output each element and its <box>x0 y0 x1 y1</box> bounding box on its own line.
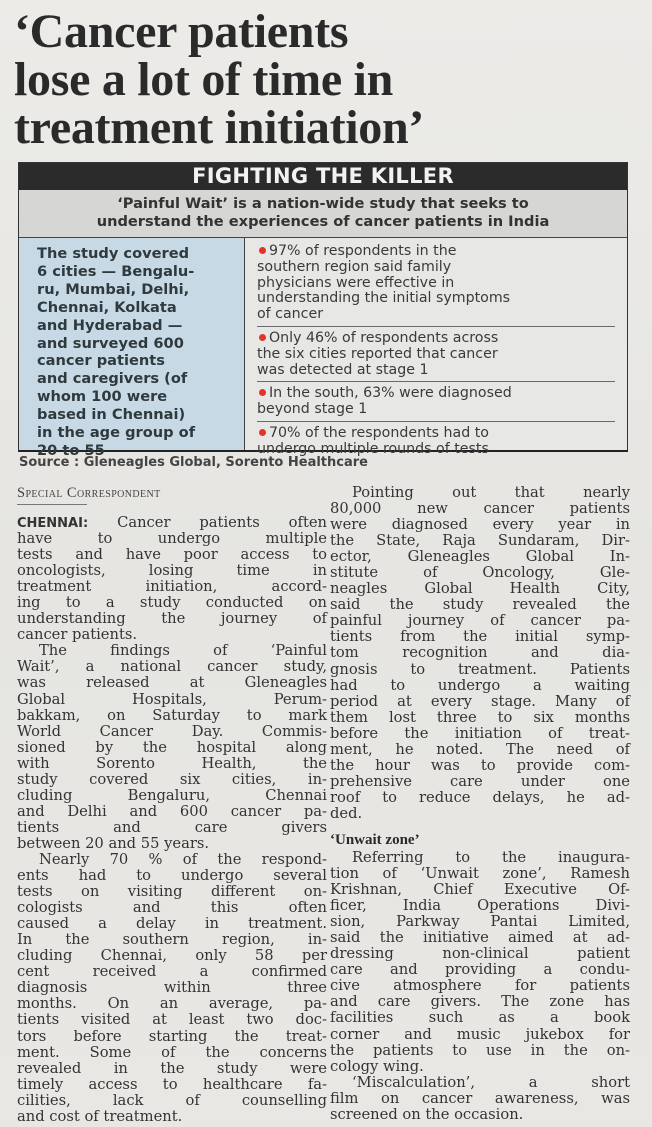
paragraph: The findings of ‘Painful Wait’, a nation… <box>17 643 327 852</box>
key-findings-list: 97% of respondents in the southern regio… <box>245 238 627 450</box>
text-line: the patients to use in the on- <box>330 1043 630 1059</box>
text-line: The findings of ‘Painful <box>17 643 327 659</box>
finding-line: the six cities reported that cancer <box>257 347 615 363</box>
summary-line: based in Chennai) <box>37 406 244 424</box>
red-bullet-icon <box>259 389 266 396</box>
text-line: roof to reduce delays, he ad- <box>330 790 630 806</box>
finding-line: physicians were effective in <box>257 276 615 292</box>
text-line: ment. Some of the concerns <box>17 1045 327 1061</box>
text-line: tients from the initial symp- <box>330 629 630 645</box>
fact-box-title: FIGHTING THE KILLER <box>19 163 627 190</box>
summary-line: in the age group of <box>37 424 244 442</box>
text-line: and care givers. The zone has <box>330 994 630 1010</box>
paragraph: Pointing out that nearly 80,000 new canc… <box>330 485 630 822</box>
text-line: cologists and this often <box>17 900 327 916</box>
text-line: ents had to undergo several <box>17 868 327 884</box>
summary-line: and surveyed 600 <box>37 335 244 353</box>
text-line: tom recognition and dia- <box>330 645 630 661</box>
text-line: were diagnosed every year in <box>330 517 630 533</box>
text-line: tests and have poor access to <box>17 547 327 563</box>
text-line: ment, he noted. The need of <box>330 742 630 758</box>
finding-line: beyond stage 1 <box>257 402 615 418</box>
finding-item: Only 46% of respondents across the six c… <box>257 327 615 382</box>
text-line: cent received a confirmed <box>17 964 327 980</box>
text-line: timely access to healthcare fa- <box>17 1077 327 1093</box>
text-line: tients visited at least two doc- <box>17 1012 327 1028</box>
summary-line: 6 cities — Bengalu- <box>37 263 244 281</box>
summary-line: cancer patients <box>37 352 244 370</box>
text-line: between 20 and 55 years. <box>17 836 327 852</box>
article-column-left: Special Correspondent CHENNAI: Cancer pa… <box>17 485 327 1125</box>
red-bullet-icon <box>259 247 266 254</box>
section-subhead: ‘Unwait zone’ <box>330 832 630 850</box>
finding-item: In the south, 63% were diagnosed beyond … <box>257 382 615 422</box>
text-line: cilities, lack of counselling <box>17 1093 327 1109</box>
text-line: facilities such as a book <box>330 1010 630 1026</box>
text-line: ector, Gleneagles Global In- <box>330 549 630 565</box>
text-line: said the initiative aimed at ad- <box>330 930 630 946</box>
headline-line: ‘Cancer patients <box>14 8 644 56</box>
red-bullet-icon <box>259 429 266 436</box>
text-line: cology wing. <box>330 1059 630 1075</box>
headline: ‘Cancer patients lose a lot of time in t… <box>14 8 644 152</box>
text-line: Cancer patients often <box>117 514 327 531</box>
text-line: sion, Parkway Pantai Limited, <box>330 914 630 930</box>
text-line: revealed in the study were <box>17 1061 327 1077</box>
text-line: before the initiation of treat- <box>330 726 630 742</box>
fact-box-body: The study covered 6 cities — Bengalu- ru… <box>19 238 627 450</box>
text-line: Referring to the inaugura- <box>330 850 630 866</box>
text-line: the State, Raja Sundaram, Dir- <box>330 533 630 549</box>
text-line: tors before starting the treat- <box>17 1029 327 1045</box>
text-line: study covered six cities, in- <box>17 772 327 788</box>
text-line: cive atmosphere for patients <box>330 978 630 994</box>
text-line: sioned by the hospital along <box>17 740 327 756</box>
text-line: was released at Gleneagles <box>17 675 327 691</box>
text-line: Pointing out that nearly <box>330 485 630 501</box>
paragraph: ‘Miscalculation’, a short film on cancer… <box>330 1075 630 1123</box>
text-line: period at every stage. Many of <box>330 694 630 710</box>
text-line: understanding the journey of <box>17 611 327 627</box>
text-line: care and providing a condu- <box>330 962 630 978</box>
text-line: and cost of treatment. <box>17 1109 327 1125</box>
text-line: ficer, India Operations Divi- <box>330 898 630 914</box>
finding-line: of cancer <box>257 307 615 323</box>
subtitle-line: ‘Painful Wait’ is a nation-wide study th… <box>19 195 627 213</box>
text-line: World Cancer Day. Commis- <box>17 724 327 740</box>
text-line: caused a delay in treatment. <box>17 916 327 932</box>
summary-line: The study covered <box>37 245 244 263</box>
text-line: ing to a study conducted on <box>17 595 327 611</box>
text-line: tients and care givers <box>17 820 327 836</box>
text-line: Global Hospitals, Perum- <box>17 692 327 708</box>
text-line: Krishnan, Chief Executive Of- <box>330 882 630 898</box>
summary-line: and Hyderabad — <box>37 317 244 335</box>
text-line: said the study revealed the <box>330 597 630 613</box>
paragraph: CHENNAI: Cancer patients often have to u… <box>17 515 327 643</box>
finding-item: 97% of respondents in the southern regio… <box>257 240 615 327</box>
text-line: tests on visiting different on- <box>17 884 327 900</box>
text-line: and Delhi and 600 cancer pa- <box>17 804 327 820</box>
fact-box-subtitle: ‘Painful Wait’ is a nation-wide study th… <box>19 190 627 238</box>
headline-line: lose a lot of time in <box>14 56 644 104</box>
text-line: In the southern region, in- <box>17 932 327 948</box>
finding-line: understanding the initial symptoms <box>257 291 615 307</box>
finding-line: 70% of the respondents had to <box>269 425 489 441</box>
headline-line: treatment initiation’ <box>14 104 644 152</box>
paragraph: Nearly 70 % of the respond- ents had to … <box>17 852 327 1125</box>
newspaper-clipping: ‘Cancer patients lose a lot of time in t… <box>0 0 652 1127</box>
text-line: screened on the occasion. <box>330 1107 630 1123</box>
text-line: oncologists, losing time in <box>17 563 327 579</box>
finding-line: Only 46% of respondents across <box>269 330 498 346</box>
text-line: have to undergo multiple <box>17 531 327 547</box>
subtitle-line: understand the experiences of cancer pat… <box>19 213 627 231</box>
paragraph: Referring to the inaugura- tion of ‘Unwa… <box>330 850 630 1075</box>
study-summary-panel: The study covered 6 cities — Bengalu- ru… <box>19 238 245 450</box>
dateline: CHENNAI: <box>17 516 88 531</box>
text-line: bakkam, on Saturday to mark <box>17 708 327 724</box>
text-line: had to undergo a waiting <box>330 678 630 694</box>
summary-line: Chennai, Kolkata <box>37 299 244 317</box>
text-line: film on cancer awareness, was <box>330 1091 630 1107</box>
text-line: cluding Bengaluru, Chennai <box>17 788 327 804</box>
text-line: dressing non-clinical patient <box>330 946 630 962</box>
text-line: neagles Global Health City, <box>330 581 630 597</box>
text-line: months. On an average, pa- <box>17 996 327 1012</box>
finding-line: In the south, 63% were diagnosed <box>269 385 512 401</box>
text-line: stitute of Oncology, Gle- <box>330 565 630 581</box>
finding-line: was detected at stage 1 <box>257 363 615 379</box>
text-line: corner and music jukebox for <box>330 1027 630 1043</box>
summary-line: whom 100 were <box>37 388 244 406</box>
text-line: the hour was to provide com- <box>330 758 630 774</box>
text-line: ded. <box>330 806 630 822</box>
summary-line: ru, Mumbai, Delhi, <box>37 281 244 299</box>
text-line: 80,000 new cancer patients <box>330 501 630 517</box>
source-credit: Source : Gleneagles Global, Sorento Heal… <box>19 455 368 470</box>
text-line: tion of ‘Unwait zone’, Ramesh <box>330 866 630 882</box>
text-line: painful journey of cancer pa- <box>330 613 630 629</box>
text-line: treatment initiation, accord- <box>17 579 327 595</box>
text-line: cluding Chennai, only 58 per <box>17 948 327 964</box>
fact-box: FIGHTING THE KILLER ‘Painful Wait’ is a … <box>18 162 628 452</box>
text-line: diagnosis within three <box>17 980 327 996</box>
summary-line: and caregivers (of <box>37 370 244 388</box>
text-line: ‘Miscalculation’, a short <box>330 1075 630 1091</box>
text-line: Nearly 70 % of the respond- <box>17 852 327 868</box>
text-line: prehensive care under one <box>330 774 630 790</box>
byline: Special Correspondent <box>17 485 87 505</box>
text-line: with Sorento Health, the <box>17 756 327 772</box>
text-line: gnosis to treatment. Patients <box>330 662 630 678</box>
article-column-right: Pointing out that nearly 80,000 new canc… <box>330 485 630 1123</box>
text-line: Wait’, a national cancer study, <box>17 659 327 675</box>
red-bullet-icon <box>259 334 266 341</box>
finding-line: 97% of respondents in the <box>269 243 456 259</box>
text-line: cancer patients. <box>17 627 327 643</box>
text-line: them lost three to six months <box>330 710 630 726</box>
finding-line: southern region said family <box>257 260 615 276</box>
